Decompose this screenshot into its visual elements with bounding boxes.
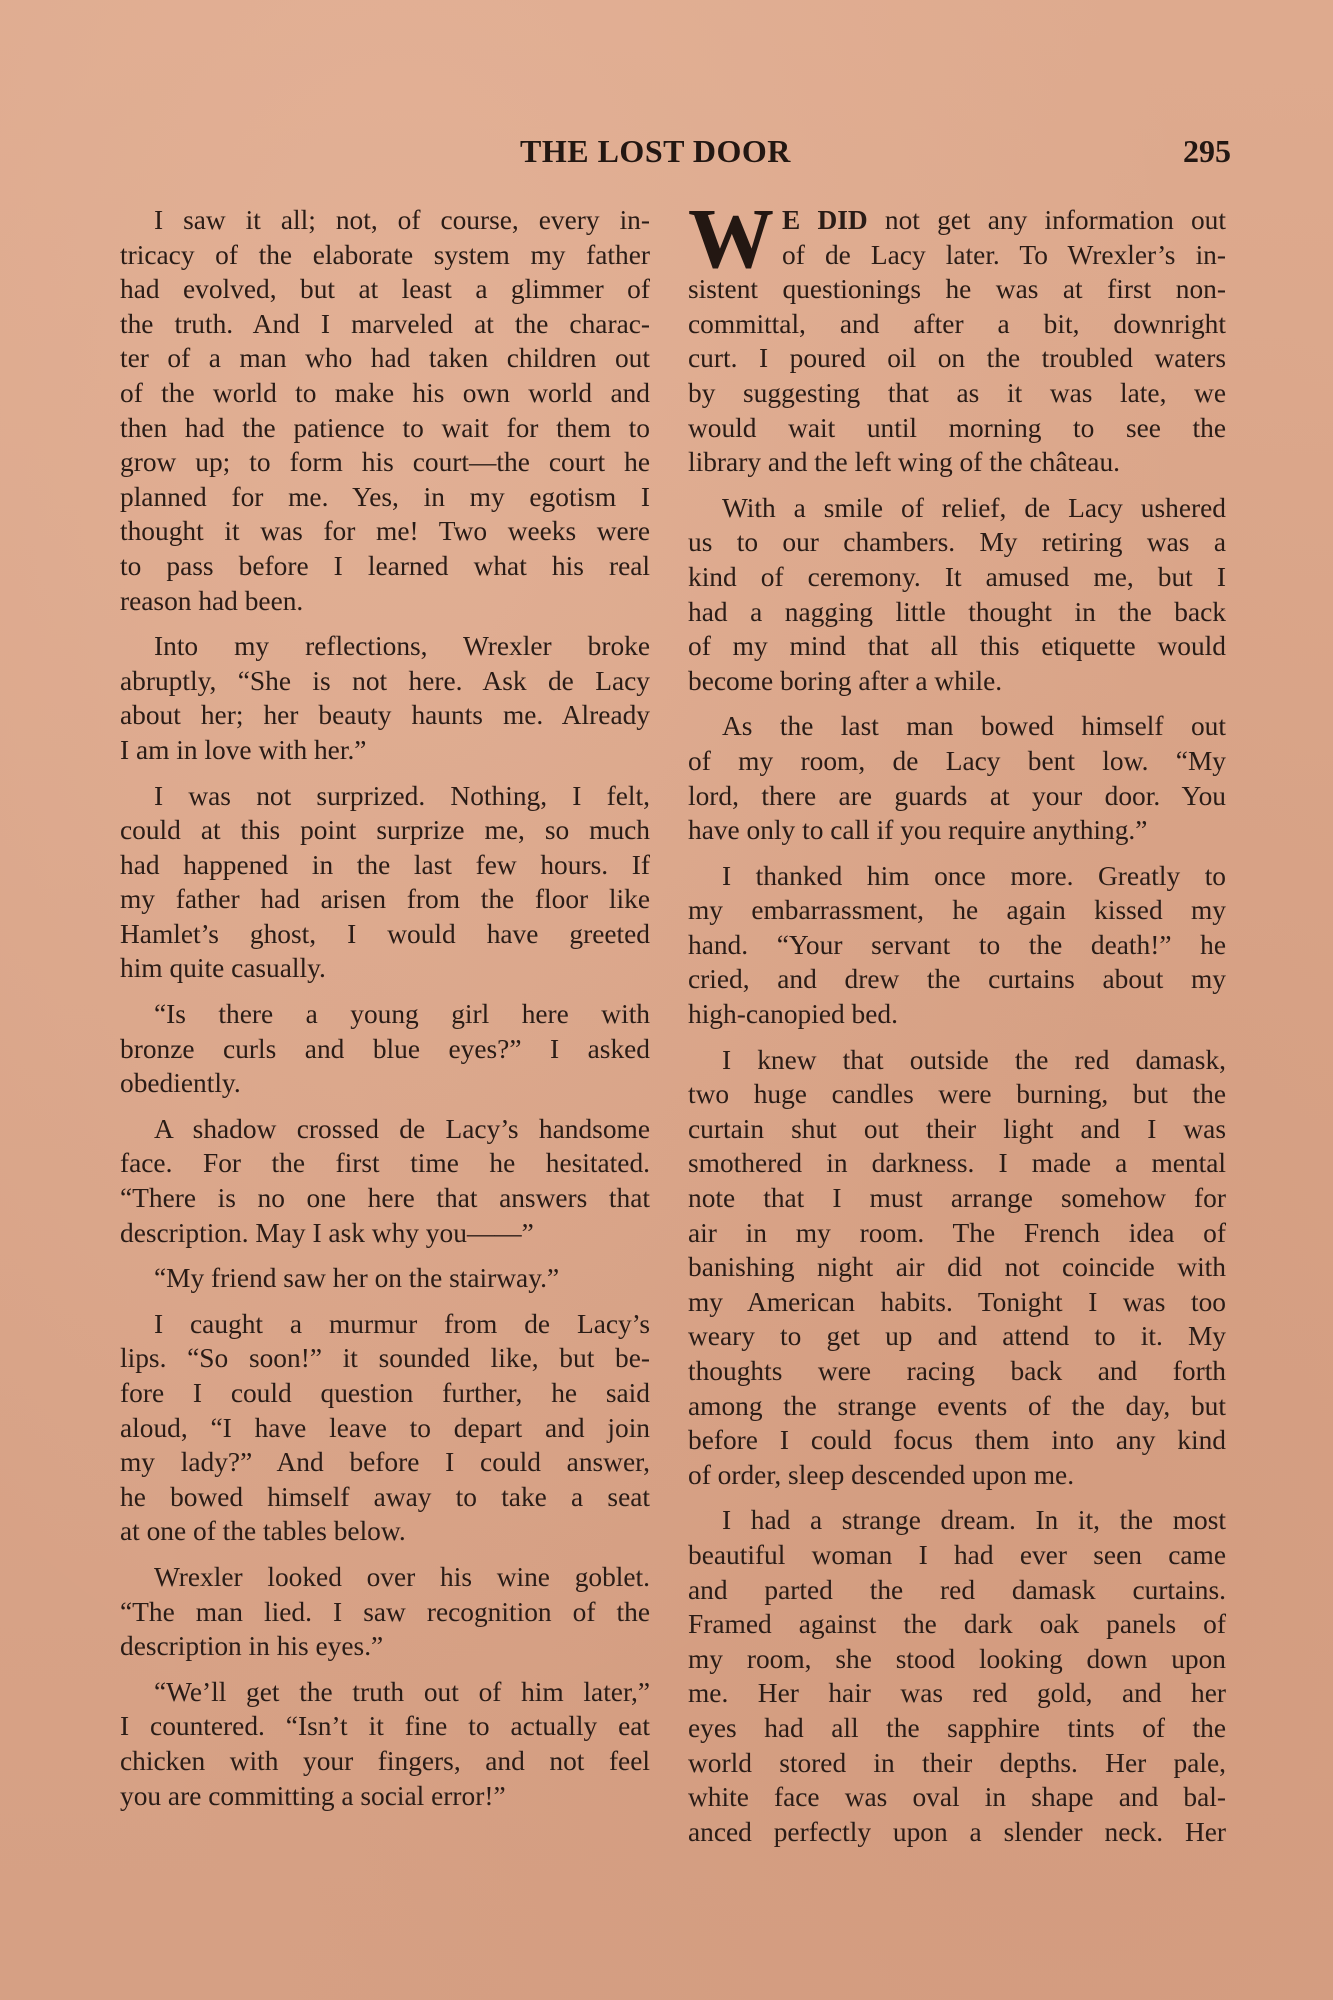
text-line: “There is no one here that answers that [120, 1181, 650, 1216]
text-line: us to our chambers. My retiring was a [688, 525, 1226, 560]
text-line: my room, she stood looking down upon [688, 1642, 1226, 1677]
text-line: chicken with your fingers, and not feel [120, 1744, 650, 1779]
paragraph: I was not surprized. Nothing, I felt,cou… [120, 779, 650, 987]
text-line: I had a strange dream. In it, the most [688, 1503, 1226, 1538]
text-line: at one of the tables below. [120, 1514, 650, 1549]
text-line: my embarrassment, he again kissed my [688, 893, 1226, 928]
text-line: grow up; to form his court—the court he [120, 445, 650, 480]
text-line: committal, and after a bit, downright [688, 307, 1226, 342]
text-line: beautiful woman I had ever seen came [688, 1538, 1226, 1573]
right-column: W E DID not get any information out of d… [688, 203, 1226, 1860]
text-line: lips. “So soon!” it sounded like, but be… [120, 1341, 650, 1376]
running-title: THE LOST DOOR [520, 133, 791, 170]
text-line: smothered in darkness. I made a mental [688, 1146, 1226, 1181]
text-line: hand. “Your servant to the death!” he [688, 928, 1226, 963]
text-line: about her; her beauty haunts me. Already [120, 698, 650, 733]
text-line: could at this point surprize me, so much [120, 813, 650, 848]
text-line: With a smile of relief, de Lacy ushered [688, 491, 1226, 526]
text-line: note that I must arrange somehow for [688, 1181, 1226, 1216]
text-line: I was not surprized. Nothing, I felt, [120, 779, 650, 814]
text-line: curt. I poured oil on the troubled water… [688, 341, 1226, 376]
paragraph: I thanked him once more. Greatly tomy em… [688, 859, 1226, 1032]
text-line: abruptly, “She is not here. Ask de Lacy [120, 664, 650, 699]
text-line: weary to get up and attend to it. My [688, 1319, 1226, 1354]
text-line: Framed against the dark oak panels of [688, 1607, 1226, 1642]
paragraph: As the last man bowed himself outof my r… [688, 709, 1226, 847]
text-line: I countered. “Isn’t it fine to actually … [120, 1709, 650, 1744]
text-line: air in my room. The French idea of [688, 1216, 1226, 1251]
paragraph: I saw it all; not, of course, every in-t… [120, 203, 650, 618]
text-line: description. May I ask why you——” [120, 1216, 650, 1251]
text-line: A shadow crossed de Lacy’s handsome [120, 1112, 650, 1147]
text-line: I am in love with her.” [120, 733, 650, 768]
text-line: bronze curls and blue eyes?” I asked [120, 1032, 650, 1067]
text-line: high-canopied bed. [688, 997, 1226, 1032]
text-line: obediently. [120, 1066, 650, 1101]
text-line: then had the patience to wait for them t… [120, 411, 650, 446]
text-line: tricacy of the elaborate system my fathe… [120, 238, 650, 273]
text-line: two huge candles were burning, but the [688, 1077, 1226, 1112]
text-line: planned for me. Yes, in my egotism I [120, 480, 650, 515]
text-line: of my mind that all this etiquette would [688, 629, 1226, 664]
running-head: THE LOST DOOR 295 [0, 133, 1333, 173]
text-line: “We’ll get the truth out of him later,” [120, 1675, 650, 1710]
paragraph: “We’ll get the truth out of him later,”I… [120, 1675, 650, 1813]
text-line: the truth. And I marveled at the charac- [120, 307, 650, 342]
text-line: lord, there are guards at your door. You [688, 779, 1226, 814]
text-line: anced perfectly upon a slender neck. Her [688, 1815, 1226, 1850]
text-line: by suggesting that as it was late, we [688, 376, 1226, 411]
paragraph: Into my reflections, Wrexler brokeabrupt… [120, 629, 650, 767]
text-line: among the strange events of the day, but [688, 1389, 1226, 1424]
text-line: “Is there a young girl here with [120, 997, 650, 1032]
right-paragraphs: With a smile of relief, de Lacy usheredu… [688, 491, 1226, 1850]
text-line: Into my reflections, Wrexler broke [120, 629, 650, 664]
text-line: of order, sleep descended upon me. [688, 1458, 1226, 1493]
text-line: of my room, de Lacy bent low. “My [688, 744, 1226, 779]
text-line: As the last man bowed himself out [688, 709, 1226, 744]
text-line: and parted the red damask curtains. [688, 1573, 1226, 1608]
text-line: I thanked him once more. Greatly to [688, 859, 1226, 894]
text-line: my lady?” And before I could answer, [120, 1445, 650, 1480]
text-line: to pass before I learned what his real [120, 549, 650, 584]
text-line: “My friend saw her on the stairway.” [120, 1261, 650, 1296]
text-line: thoughts were racing back and forth [688, 1354, 1226, 1389]
text-line: aloud, “I have leave to depart and join [120, 1411, 650, 1446]
text-line: my father had arisen from the floor like [120, 882, 650, 917]
paragraph: “Is there a young girl here withbronze c… [120, 997, 650, 1101]
text-line: reason had been. [120, 584, 650, 619]
paragraph: “My friend saw her on the stairway.” [120, 1261, 650, 1296]
text-span: not get any information out [885, 205, 1226, 235]
text-line: me. Her hair was red gold, and her [688, 1676, 1226, 1711]
text-line: curtain shut out their light and I was [688, 1112, 1226, 1147]
text-line: Hamlet’s ghost, I would have greeted [120, 917, 650, 952]
text-line: him quite casually. [120, 951, 650, 986]
paragraph: Wrexler looked over his wine goblet.“The… [120, 1560, 650, 1664]
text-line: banishing night air did not coincide wit… [688, 1250, 1226, 1285]
text-line: ter of a man who had taken children out [120, 341, 650, 376]
text-line: thought it was for me! Two weeks were [120, 514, 650, 549]
text-line: library and the left wing of the château… [688, 445, 1226, 480]
text-line: my American habits. Tonight I was too [688, 1285, 1226, 1320]
text-line: had happened in the last few hours. If [120, 848, 650, 883]
text-line: description in his eyes.” [120, 1629, 650, 1664]
text-line: had evolved, but at least a glimmer of [120, 272, 650, 307]
text-line: sistent questionings he was at first non… [688, 272, 1226, 307]
opening-lines: sistent questionings he was at first non… [688, 272, 1226, 480]
text-line: have only to call if you require anythin… [688, 813, 1226, 848]
left-column: I saw it all; not, of course, every in-t… [120, 203, 650, 1824]
text-line: white face was oval in shape and bal- [688, 1780, 1226, 1815]
drop-cap: W [688, 205, 774, 271]
paragraph: I knew that outside the red damask,two h… [688, 1043, 1226, 1493]
text-line: eyes had all the sapphire tints of the [688, 1711, 1226, 1746]
text-line: would wait until morning to see the [688, 411, 1226, 446]
text-line: become boring after a while. [688, 664, 1226, 699]
text-line: world stored in their depths. Her pale, [688, 1746, 1226, 1781]
text-line: he bowed himself away to take a seat [120, 1480, 650, 1515]
page-number: 295 [1183, 133, 1231, 170]
section-opening-paragraph: W E DID not get any information out of d… [688, 203, 1226, 480]
text-line: kind of ceremony. It amused me, but I [688, 560, 1226, 595]
book-page: THE LOST DOOR 295 I saw it all; not, of … [0, 0, 1333, 2000]
text-line: “The man lied. I saw recognition of the [120, 1595, 650, 1630]
paragraph: With a smile of relief, de Lacy usheredu… [688, 491, 1226, 699]
text-line: of the world to make his own world and [120, 376, 650, 411]
text-line: I caught a murmur from de Lacy’s [120, 1307, 650, 1342]
text-line: you are committing a social error!” [120, 1779, 650, 1814]
text-line: fore I could question further, he said [120, 1376, 650, 1411]
paragraph: I caught a murmur from de Lacy’slips. “S… [120, 1307, 650, 1549]
small-caps-opening: E DID [782, 205, 868, 235]
text-line: face. For the first time he hesitated. [120, 1146, 650, 1181]
paragraph: I had a strange dream. In it, the mostbe… [688, 1503, 1226, 1849]
text-line: Wrexler looked over his wine goblet. [120, 1560, 650, 1595]
text-line: had a nagging little thought in the back [688, 595, 1226, 630]
text-line: before I could focus them into any kind [688, 1423, 1226, 1458]
text-line: cried, and drew the curtains about my [688, 962, 1226, 997]
paragraph: A shadow crossed de Lacy’s handsomeface.… [120, 1112, 650, 1250]
text-line: I saw it all; not, of course, every in- [120, 203, 650, 238]
text-line: I knew that outside the red damask, [688, 1043, 1226, 1078]
